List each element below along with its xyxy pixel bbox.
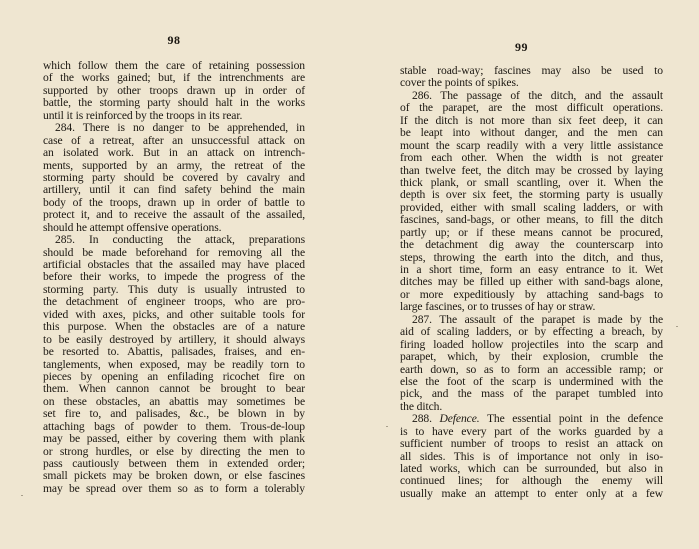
text-line: of the works gained; but, if the intrenc…: [43, 72, 305, 84]
page-number-right: 99: [390, 40, 653, 55]
text-line: protect it, and to receive the assault o…: [43, 209, 305, 221]
text-line: an isolated work. But in an attack on in…: [43, 147, 305, 159]
text-fragment: The essential point in the defence: [487, 412, 663, 425]
text-line: the detachment of engineer troops, who a…: [43, 296, 305, 308]
text-line: set fire to, and palisades, &c., be blow…: [43, 408, 305, 420]
page-number-left: 98: [43, 33, 305, 48]
text-line: them. When cannon cannot be brought to b…: [43, 383, 305, 395]
text-line: be resorted to. Abattis, palisades, frai…: [43, 346, 305, 358]
text-line: of the parapet, are the most difficult o…: [400, 102, 663, 114]
paragraph-285-start: 285. In conducting the attack, preparati…: [43, 234, 305, 246]
text-line: parapet, which, by their explosion, crum…: [400, 351, 663, 363]
text-line: pick, and the mass of the parapet tumble…: [400, 388, 663, 400]
paragraph-284-start: 284. There is no danger to be apprehende…: [43, 122, 305, 134]
text-line: artillery, until it can find safety behi…: [43, 184, 305, 196]
text-line: may be spread over them so as to form a …: [43, 483, 305, 495]
text-line: be leapt into without danger, and the me…: [400, 127, 663, 139]
paragraph-288-start: 288. Defence. The essential point in the…: [400, 413, 663, 425]
text-line: aid of scaling ladders, or by effecting …: [400, 326, 663, 338]
left-page-text: which follow them the care of retaining …: [43, 60, 305, 495]
scan-speck: [386, 426, 388, 427]
text-line: the detachment dig away the counterscarp…: [400, 239, 663, 251]
text-line: ditches may be filled up either with san…: [400, 276, 663, 288]
text-line: from each other. When the width is not g…: [400, 152, 663, 164]
text-line: small pickets may be broken down, or els…: [43, 470, 305, 482]
text-line: continued lines; for although the enemy …: [400, 475, 663, 487]
text-line: sufficient number of troops to resist an…: [400, 438, 663, 450]
text-line: before their works, to impede the progre…: [43, 271, 305, 283]
text-line: may be passed, either by covering them w…: [43, 433, 305, 445]
text-line: usually make an attempt to enter only at…: [400, 488, 663, 500]
right-page-text: stable road-way; fascines may also be us…: [400, 65, 663, 500]
text-line: cover the points of spikes.: [400, 77, 663, 89]
paragraph-number: 288.: [412, 412, 432, 425]
section-heading-defence: Defence.: [439, 412, 479, 425]
text-line: battle, the storming party should halt i…: [43, 97, 305, 109]
text-line: large fascines, or to trusses of hay or …: [400, 301, 663, 313]
scan-speck: [21, 495, 23, 496]
scan-speck: [676, 326, 678, 327]
text-line: fascines, sand-bags, or other means, to …: [400, 214, 663, 226]
text-line: this purpose. When the obstacles are of …: [43, 321, 305, 333]
text-line: depth is over six feet, the storming par…: [400, 189, 663, 201]
